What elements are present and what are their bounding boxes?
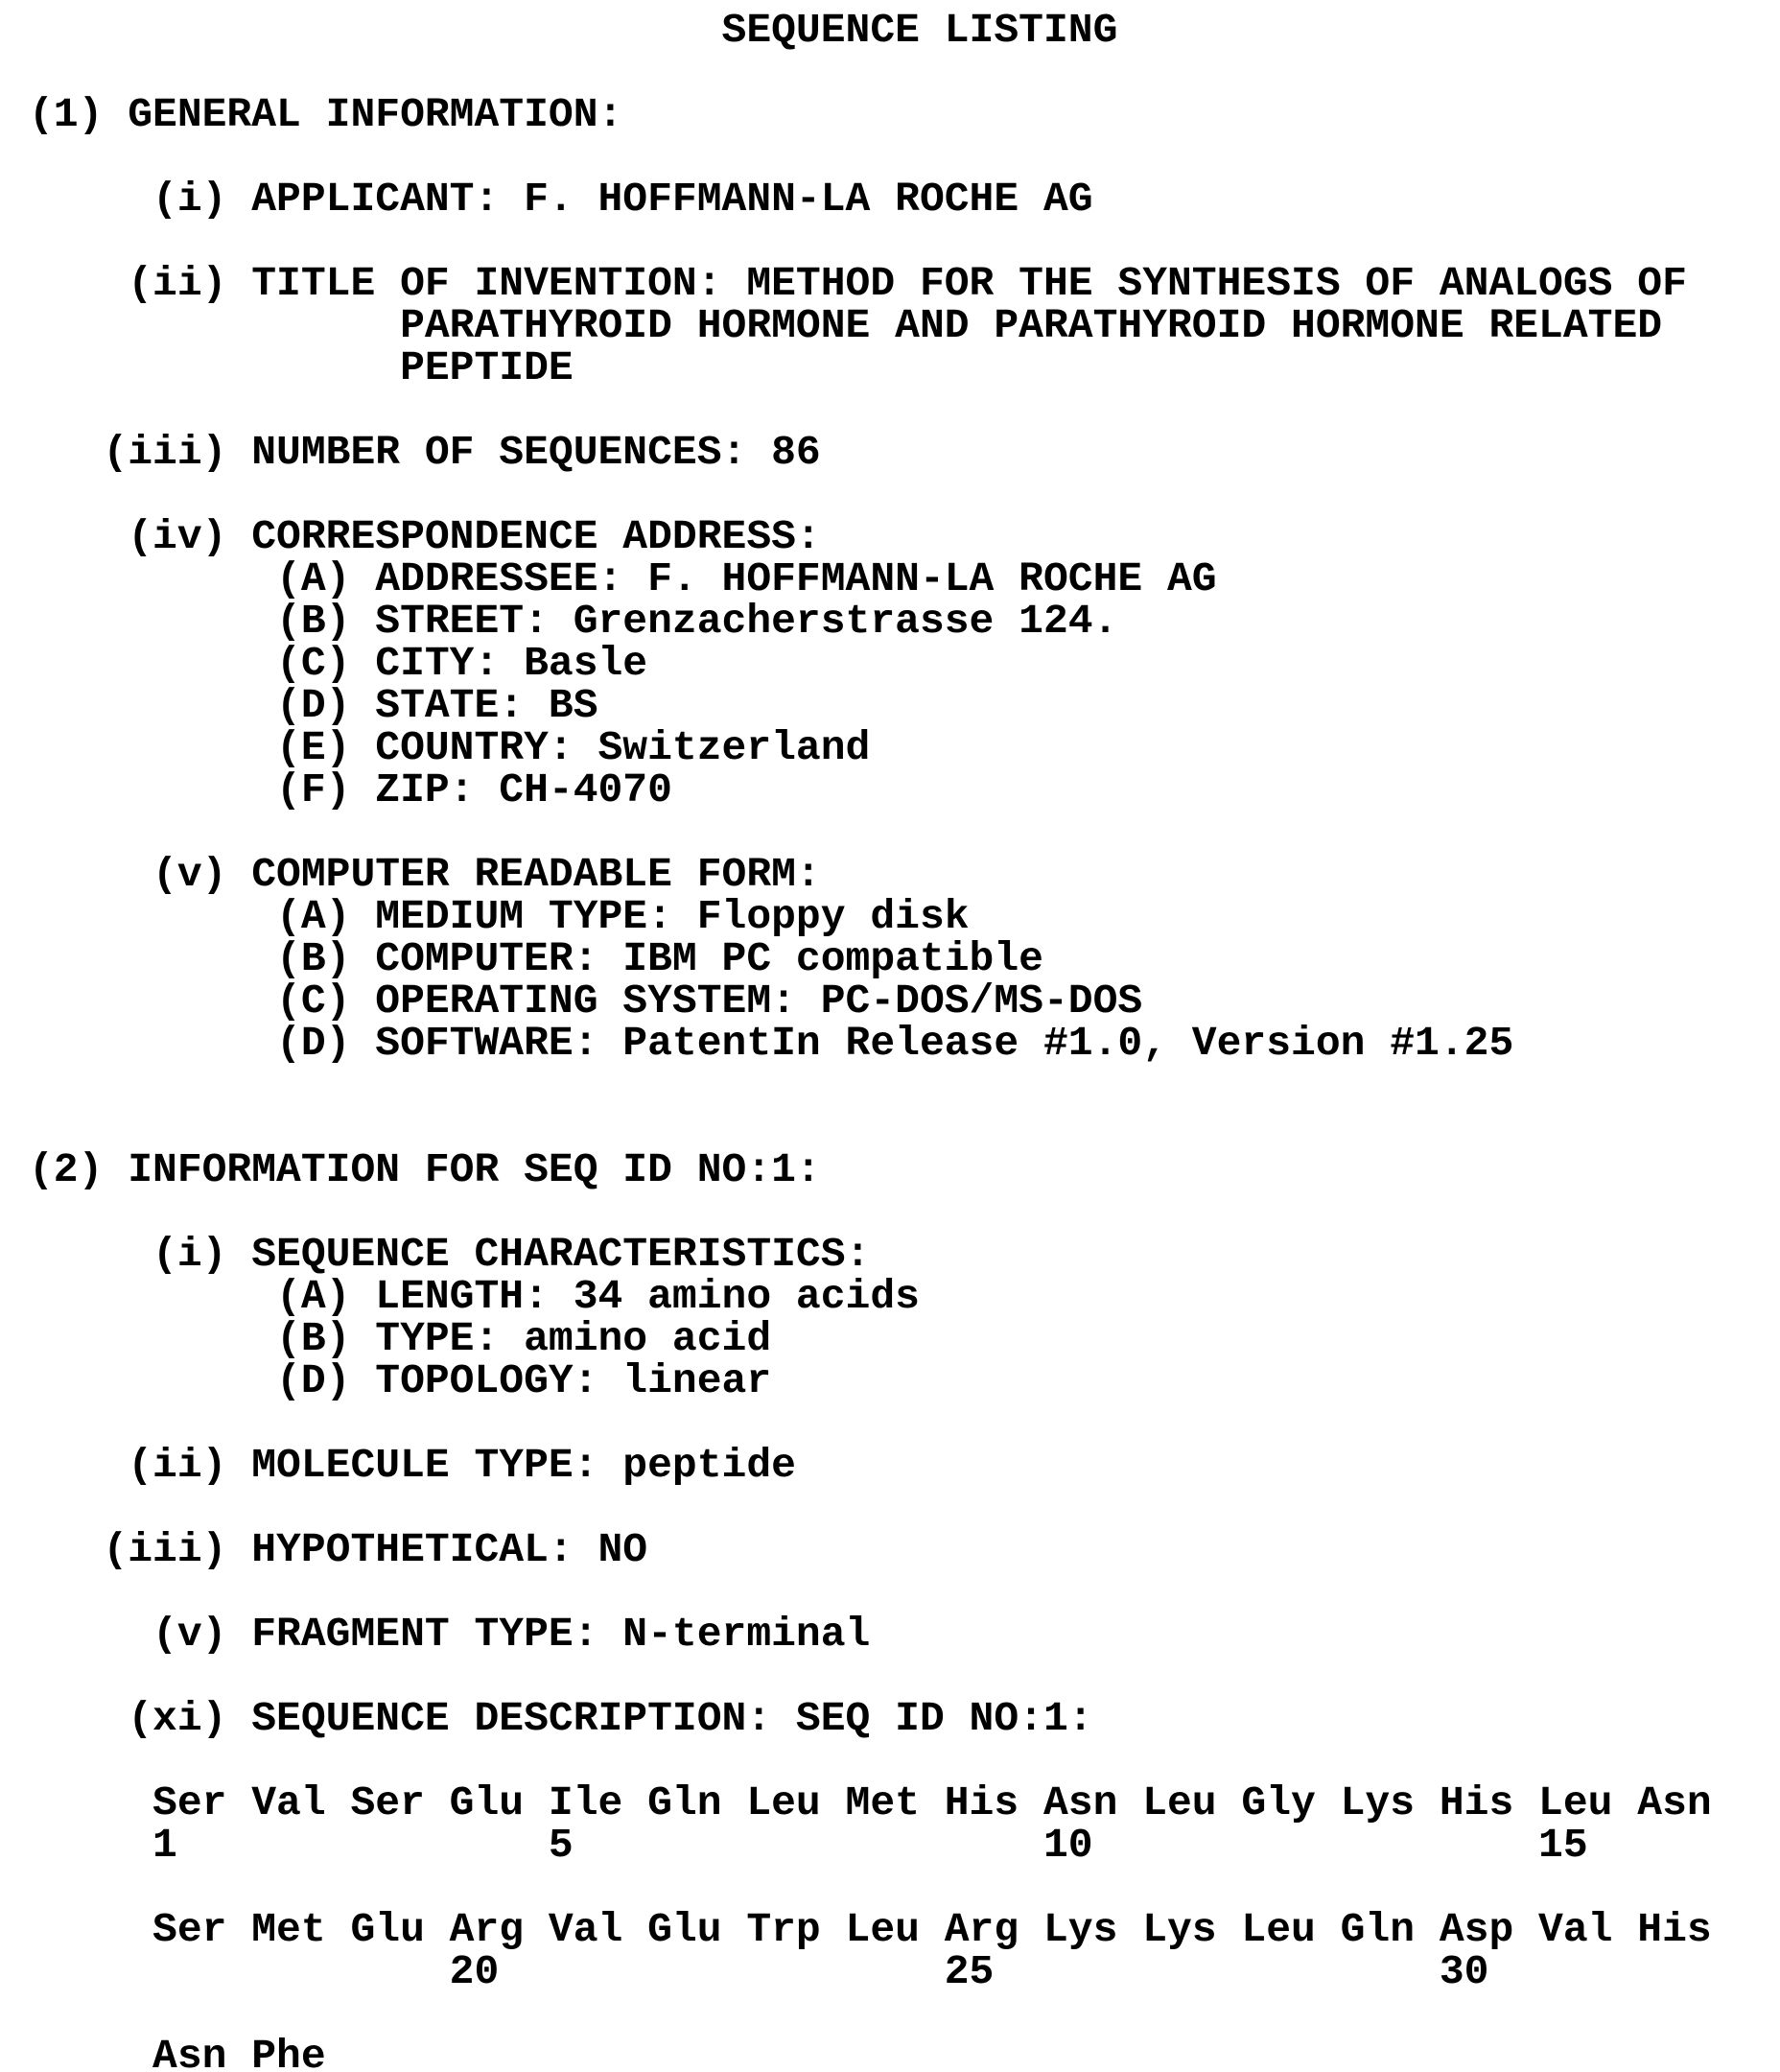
street-line: (B) STREET: Grenzacherstrasse 124.	[29, 600, 1780, 643]
blank-line	[29, 1867, 1780, 1909]
blank-line	[29, 221, 1780, 263]
medium-type-line: (A) MEDIUM TYPE: Floppy disk	[29, 896, 1780, 938]
blank-line	[29, 136, 1780, 178]
correspondence-address-heading: (iv) CORRESPONDENCE ADDRESS:	[29, 516, 1780, 558]
sequence-characteristics-heading: (i) SEQUENCE CHARACTERISTICS:	[29, 1234, 1780, 1276]
blank-line	[29, 389, 1780, 432]
city-line: (C) CITY: Basle	[29, 643, 1780, 685]
seq-position-numbers-row-1: 1 5 10 15	[29, 1825, 1780, 1867]
blank-line	[29, 1402, 1780, 1445]
country-line: (E) COUNTRY: Switzerland	[29, 727, 1780, 769]
molecule-type-line: (ii) MOLECULE TYPE: peptide	[29, 1445, 1780, 1487]
blank-line	[29, 1191, 1780, 1234]
section-2-seq-id-1-heading: (2) INFORMATION FOR SEQ ID NO:1:	[29, 1149, 1780, 1191]
section-1-general-information-heading: (1) GENERAL INFORMATION:	[29, 94, 1780, 136]
addressee-line: (A) ADDRESSEE: F. HOFFMANN-LA ROCHE AG	[29, 558, 1780, 600]
computer-line: (B) COMPUTER: IBM PC compatible	[29, 938, 1780, 980]
blank-line	[29, 1993, 1780, 2036]
operating-system-line: (C) OPERATING SYSTEM: PC-DOS/MS-DOS	[29, 980, 1780, 1023]
hypothetical-line: (iii) HYPOTHETICAL: NO	[29, 1529, 1780, 1571]
blank-line	[29, 1487, 1780, 1529]
type-line: (B) TYPE: amino acid	[29, 1318, 1780, 1360]
title-of-invention-line-1: (ii) TITLE OF INVENTION: METHOD FOR THE …	[29, 263, 1780, 305]
length-line: (A) LENGTH: 34 amino acids	[29, 1276, 1780, 1318]
fragment-type-line: (v) FRAGMENT TYPE: N-terminal	[29, 1613, 1780, 1656]
title-of-invention-line-3: PEPTIDE	[29, 347, 1780, 389]
doc-title: SEQUENCE LISTING	[29, 10, 1780, 52]
computer-readable-form-heading: (v) COMPUTER READABLE FORM:	[29, 854, 1780, 896]
blank-line	[29, 52, 1780, 94]
title-of-invention-line-2: PARATHYROID HORMONE AND PARATHYROID HORM…	[29, 305, 1780, 347]
number-of-sequences-line: (iii) NUMBER OF SEQUENCES: 86	[29, 432, 1780, 474]
zip-line: (F) ZIP: CH-4070	[29, 769, 1780, 812]
seq-residues-row-2: Ser Met Glu Arg Val Glu Trp Leu Arg Lys …	[29, 1909, 1780, 1951]
seq-position-numbers-row-2: 20 25 30	[29, 1951, 1780, 1993]
software-line: (D) SOFTWARE: PatentIn Release #1.0, Ver…	[29, 1023, 1780, 1065]
blank-line	[29, 1065, 1780, 1107]
patent-sequence-listing-page: SEQUENCE LISTING (1) GENERAL INFORMATION…	[0, 0, 1780, 2072]
topology-line: (D) TOPOLOGY: linear	[29, 1360, 1780, 1402]
state-line: (D) STATE: BS	[29, 685, 1780, 727]
blank-line	[29, 1107, 1780, 1149]
seq-residues-row-3: Asn Phe	[29, 2036, 1780, 2072]
blank-line	[29, 1656, 1780, 1698]
seq-residues-row-1: Ser Val Ser Glu Ile Gln Leu Met His Asn …	[29, 1782, 1780, 1825]
blank-line	[29, 1571, 1780, 1613]
blank-line	[29, 812, 1780, 854]
sequence-description-heading: (xi) SEQUENCE DESCRIPTION: SEQ ID NO:1:	[29, 1698, 1780, 1740]
applicant-line: (i) APPLICANT: F. HOFFMANN-LA ROCHE AG	[29, 178, 1780, 221]
blank-line	[29, 474, 1780, 516]
blank-line	[29, 1740, 1780, 1782]
